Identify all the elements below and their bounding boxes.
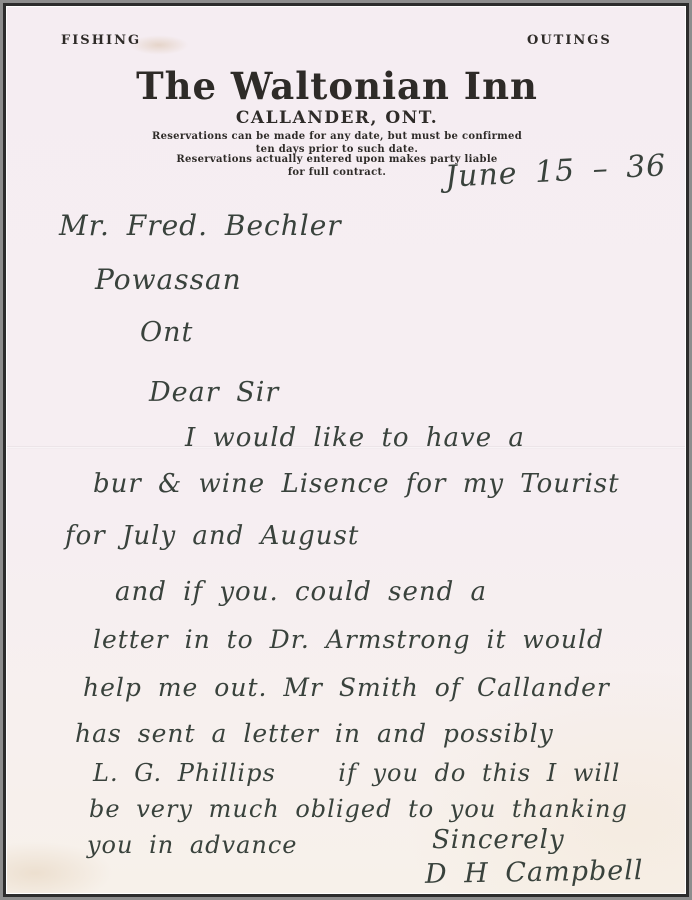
recipient-province: Ont <box>140 317 193 348</box>
recipient-town: Powassan <box>95 263 242 296</box>
signature: D H Campbell <box>425 855 644 890</box>
letterhead-location: CALLANDER, ONT. <box>7 108 667 128</box>
body-line: letter in to Dr. Armstrong it would <box>93 625 604 654</box>
body-line: be very much obliged to you thanking <box>89 795 628 823</box>
recipient-name: Mr. Fred. Bechler <box>59 209 342 242</box>
letterhead-notice-1-line-1: Reservations can be made for any date, b… <box>7 131 667 144</box>
body-line: and if you. could send a <box>115 577 487 607</box>
letter-scan-frame: FISHING OUTINGS The Waltonian Inn CALLAN… <box>0 0 692 900</box>
salutation: Dear Sir <box>149 377 279 408</box>
body-line: bur & wine Lisence for my Tourist <box>93 469 620 499</box>
body-line: help me out. Mr Smith of Callander <box>83 673 610 702</box>
letterhead-fishing-label: FISHING <box>61 33 141 48</box>
body-line: I would like to have a <box>185 423 525 453</box>
letter-paper: FISHING OUTINGS The Waltonian Inn CALLAN… <box>6 6 686 894</box>
letterhead-outings-label: OUTINGS <box>527 33 612 48</box>
body-line: has sent a letter in and possibly <box>75 719 554 748</box>
body-line: you in advance <box>87 831 298 859</box>
letterhead-title: The Waltonian Inn <box>7 64 667 108</box>
letter-scan-inner-frame: FISHING OUTINGS The Waltonian Inn CALLAN… <box>3 3 689 897</box>
letterhead-notice-reservations: Reservations can be made for any date, b… <box>7 131 667 156</box>
closing: Sincerely <box>432 825 565 855</box>
body-line: for July and August <box>65 521 359 551</box>
body-line: L. G. Phillips if you do this I will <box>93 759 620 787</box>
